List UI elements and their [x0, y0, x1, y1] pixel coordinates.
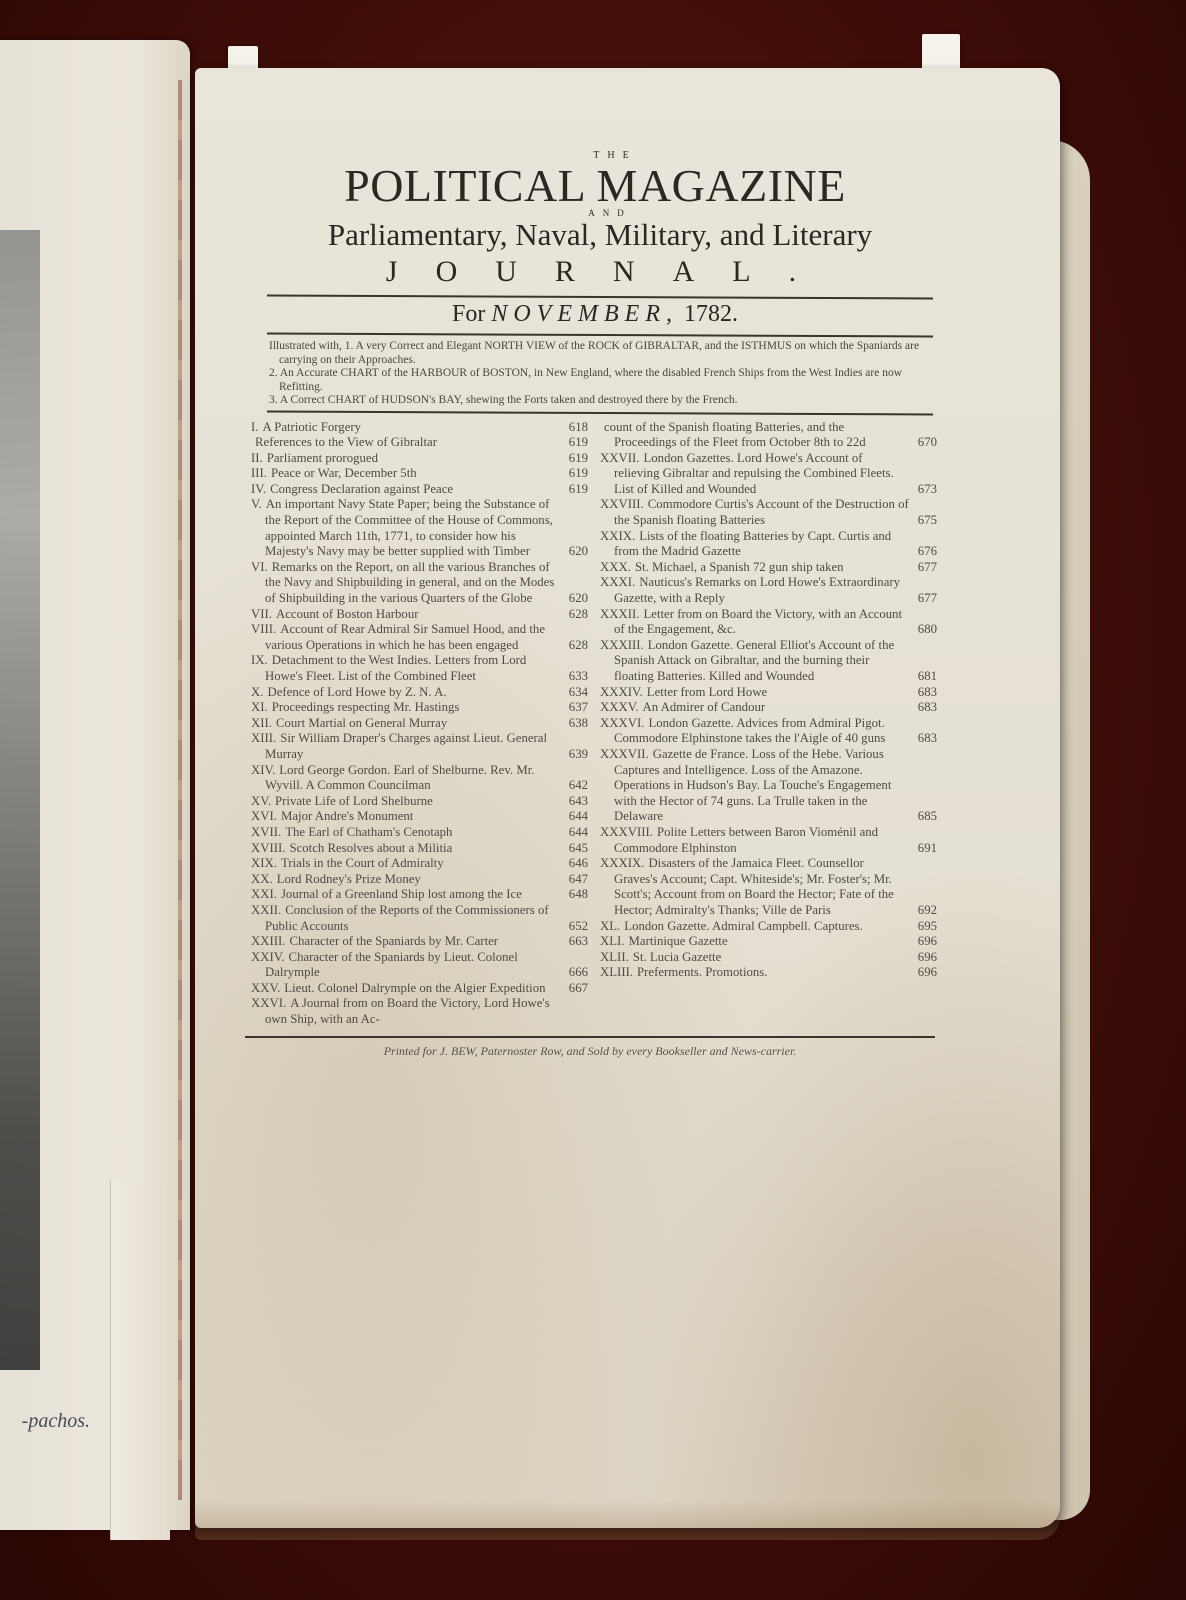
entry-number: XXXIII.	[600, 638, 644, 652]
entry-page-number: 620	[569, 591, 588, 607]
entry-page-number: 646	[569, 856, 588, 872]
entry-number: XL.	[600, 919, 620, 933]
contents-entry: XLII.St. Lucia Gazette696	[600, 950, 937, 966]
torn-gutter-strip	[110, 1180, 170, 1540]
entry-page-number: 673	[918, 482, 937, 498]
entry-title: An important Navy State Paper; being the…	[265, 497, 553, 558]
entry-title: Private Life of Lord Shelburne	[275, 794, 433, 808]
entry-title: Congress Declaration against Peace	[270, 482, 453, 496]
contents-entry: XX.Lord Rodney's Prize Money647	[251, 872, 588, 888]
entry-page-number: 670	[918, 435, 937, 451]
entry-number: XVII.	[251, 825, 281, 839]
entry-title: A Journal from on Board the Victory, Lor…	[265, 996, 550, 1026]
entry-number: XXXV.	[600, 700, 639, 714]
entry-title: Martinique Gazette	[629, 934, 728, 948]
entry-page-number: 618	[569, 420, 588, 436]
entry-number: I.	[251, 420, 258, 434]
contents-entry: XXI.Journal of a Greenland Ship lost amo…	[251, 887, 588, 903]
entry-page-number: 644	[569, 825, 588, 841]
entry-title: count of the Spanish floating Batteries,…	[604, 420, 866, 450]
entry-title: Conclusion of the Reports of the Commiss…	[265, 903, 549, 933]
entry-page-number: 685	[918, 809, 937, 825]
illustration-item: 2. An Accurate CHART of the HARBOUR of B…	[269, 367, 935, 394]
contents-entry: X.Defence of Lord Howe by Z. N. A.634	[251, 685, 588, 701]
entry-number: XX.	[251, 872, 273, 886]
contents-entry: VI.Remarks on the Report, on all the var…	[251, 560, 588, 607]
entry-page-number: 683	[918, 700, 937, 716]
entry-number: XII.	[251, 716, 272, 730]
entry-title: Peace or War, December 5th	[271, 466, 417, 480]
contents-entry: IV.Congress Declaration against Peace619	[251, 482, 588, 498]
contents-entry: XXX.St. Michael, a Spanish 72 gun ship t…	[600, 560, 937, 576]
entry-page-number: 696	[918, 965, 937, 981]
entry-number: XXV.	[251, 981, 280, 995]
contents-entry: VII.Account of Boston Harbour628	[251, 607, 588, 623]
contents-entry: XLIII.Preferments. Promotions.696	[600, 965, 937, 981]
page-bottom-stain	[195, 1500, 1060, 1540]
entry-title: Major Andre's Monument	[281, 809, 413, 823]
entry-page-number: 634	[569, 685, 588, 701]
contents-entry: V.An important Navy State Paper; being t…	[251, 497, 588, 559]
title-page-content: THE POLITICAL MAGAZINE AND Parliamentary…	[245, 150, 945, 1059]
entry-number: XXII.	[251, 903, 281, 917]
entry-title: Preferments. Promotions.	[637, 965, 767, 979]
entry-title: Detachment to the West Indies. Letters f…	[265, 653, 526, 683]
entry-title: Proceedings respecting Mr. Hastings	[272, 700, 460, 714]
entry-number: V.	[251, 497, 262, 511]
entry-title: Trials in the Court of Admiralty	[281, 856, 444, 870]
entry-title: The Earl of Chatham's Cenotaph	[285, 825, 452, 839]
entry-page-number: 619	[569, 435, 588, 451]
entry-title: St. Lucia Gazette	[633, 950, 721, 964]
entry-page-number: 638	[569, 716, 588, 732]
entry-number: XXXVI.	[600, 716, 644, 730]
entry-number: II.	[251, 451, 263, 465]
entry-page-number: 683	[918, 731, 937, 747]
entry-number: XXIV.	[251, 950, 285, 964]
entry-number: XXXIV.	[600, 685, 643, 699]
entry-number: XIII.	[251, 731, 276, 745]
entry-title: Remarks on the Report, on all the variou…	[265, 560, 554, 605]
entry-number: XXVI.	[251, 996, 286, 1010]
entry-title: London Gazettes. Lord Howe's Account of …	[614, 451, 894, 496]
contents-column-right: count of the Spanish floating Batteries,…	[600, 420, 937, 1028]
contents-entry: XXXVI.London Gazette. Advices from Admir…	[600, 716, 937, 747]
masthead-title: POLITICAL MAGAZINE	[245, 164, 945, 208]
contents-entry: XLI.Martinique Gazette696	[600, 934, 937, 950]
entry-page-number: 696	[918, 934, 937, 950]
entry-number: XVI.	[251, 809, 277, 823]
entry-page-number: 666	[569, 965, 588, 981]
entry-page-number: 644	[569, 809, 588, 825]
contents-entry: XXXIII.London Gazette. General Elliot's …	[600, 638, 937, 685]
contents-entry: XXIII.Character of the Spaniards by Mr. …	[251, 934, 588, 950]
contents-entry: XI.Proceedings respecting Mr. Hastings63…	[251, 700, 588, 716]
entry-title: Lieut. Colonel Dalrymple on the Algier E…	[284, 981, 545, 995]
entry-number: XXI.	[251, 887, 277, 901]
entry-title: London Gazette. General Elliot's Account…	[614, 638, 894, 683]
entry-page-number: 683	[918, 685, 937, 701]
illustration-item: 3. A Correct CHART of HUDSON's BAY, shew…	[269, 394, 935, 408]
issue-date: For NOVEMBER, 1782.	[245, 298, 945, 330]
contents-entry: XIV.Lord George Gordon. Earl of Shelburn…	[251, 763, 588, 794]
contents-entry: XVI.Major Andre's Monument644	[251, 809, 588, 825]
entry-number: III.	[251, 466, 267, 480]
contents-entry: III.Peace or War, December 5th619	[251, 466, 588, 482]
entry-number: X.	[251, 685, 263, 699]
entry-title: Letter from Lord Howe	[647, 685, 767, 699]
contents-entry: XXVII.London Gazettes. Lord Howe's Accou…	[600, 451, 937, 498]
plate-caption: -pachos.	[0, 1410, 90, 1433]
entry-page-number: 647	[569, 872, 588, 888]
masthead-subtitle: Parliamentary, Naval, Military, and Lite…	[255, 218, 945, 252]
entry-page-number: 695	[918, 919, 937, 935]
entry-title: Nauticus's Remarks on Lord Howe's Extrao…	[614, 575, 900, 605]
imprint-footer: Printed for J. BEW, Paternoster Row, and…	[245, 1036, 935, 1059]
entry-page-number: 628	[569, 607, 588, 623]
contents-entry: XXXVIII.Polite Letters between Baron Vio…	[600, 825, 937, 856]
contents-entry: XXXII.Letter from on Board the Victory, …	[600, 607, 937, 638]
entry-number: XLII.	[600, 950, 629, 964]
contents-column-left: I.A Patriotic Forgery618References to th…	[251, 420, 588, 1028]
contents-entry: XXVI.A Journal from on Board the Victory…	[251, 996, 588, 1027]
contents-entry: XXXVII.Gazette de France. Loss of the He…	[600, 747, 937, 825]
entry-number: XXVIII.	[600, 497, 644, 511]
entry-title: Court Martial on General Murray	[276, 716, 447, 730]
contents-entry: XXIX.Lists of the floating Batteries by …	[600, 529, 937, 560]
entry-number: IV.	[251, 482, 266, 496]
contents-entry: XL.London Gazette. Admiral Campbell. Cap…	[600, 919, 937, 935]
entry-title: Sir William Draper's Charges against Lie…	[265, 731, 547, 761]
entry-title: Character of the Spaniards by Mr. Carter	[289, 934, 498, 948]
entry-page-number: 639	[569, 747, 588, 763]
contents-entry: VIII.Account of Rear Admiral Sir Samuel …	[251, 622, 588, 653]
entry-title: Lists of the floating Batteries by Capt.…	[614, 529, 891, 559]
entry-page-number: 667	[569, 981, 588, 997]
contents-rule	[267, 410, 933, 415]
entry-page-number: 643	[569, 794, 588, 810]
entry-title: A Patriotic Forgery	[262, 420, 361, 434]
table-of-contents: I.A Patriotic Forgery618References to th…	[251, 420, 937, 1028]
entry-title: Character of the Spaniards by Lieut. Col…	[265, 950, 518, 980]
entry-title: Disasters of the Jamaica Fleet. Counsell…	[614, 856, 894, 917]
entry-title: London Gazette. Admiral Campbell. Captur…	[624, 919, 862, 933]
entry-title: Parliament prorogued	[267, 451, 378, 465]
contents-entry: XXXIV.Letter from Lord Howe683	[600, 685, 937, 701]
entry-page-number: 619	[569, 466, 588, 482]
entry-page-number: 628	[569, 638, 588, 654]
contents-entry: I.A Patriotic Forgery618	[251, 420, 588, 436]
issue-date-year: 1782.	[684, 301, 738, 327]
entry-page-number: 663	[569, 934, 588, 950]
entry-title: Journal of a Greenland Ship lost among t…	[281, 887, 522, 901]
entry-title: Defence of Lord Howe by Z. N. A.	[267, 685, 446, 699]
contents-entry: XII.Court Martial on General Murray638	[251, 716, 588, 732]
entry-page-number: 681	[918, 669, 937, 685]
contents-entry: IX.Detachment to the West Indies. Letter…	[251, 653, 588, 684]
entry-title: References to the View of Gibraltar	[255, 435, 437, 449]
entry-number: XXXVII.	[600, 747, 649, 761]
entry-page-number: 691	[918, 841, 937, 857]
entry-number: XXXII.	[600, 607, 639, 621]
entry-title: An Admirer of Candour	[643, 700, 766, 714]
entry-page-number: 652	[569, 919, 588, 935]
contents-entry: XXIV.Character of the Spaniards by Lieut…	[251, 950, 588, 981]
entry-page-number: 696	[918, 950, 937, 966]
contents-entry: XV.Private Life of Lord Shelburne643	[251, 794, 588, 810]
entry-page-number: 675	[918, 513, 937, 529]
entry-number: XI.	[251, 700, 268, 714]
entry-title: London Gazette. Advices from Admiral Pig…	[614, 716, 885, 746]
contents-entry: II.Parliament prorogued619	[251, 451, 588, 467]
entry-number: XXXI.	[600, 575, 635, 589]
entry-title: Lord Rodney's Prize Money	[277, 872, 421, 886]
contents-entry: XIX.Trials in the Court of Admiralty646	[251, 856, 588, 872]
masthead-journal: JOURNAL.	[275, 252, 945, 292]
entry-number: XXVII.	[600, 451, 639, 465]
entry-title: Commodore Curtis's Account of the Destru…	[614, 497, 909, 527]
entry-title: Letter from on Board the Victory, with a…	[614, 607, 902, 637]
entry-page-number: 645	[569, 841, 588, 857]
entry-title: Account of Rear Admiral Sir Samuel Hood,…	[265, 622, 545, 652]
entry-number: VII.	[251, 607, 272, 621]
entry-number: IX.	[251, 653, 268, 667]
contents-entry: XXII.Conclusion of the Reports of the Co…	[251, 903, 588, 934]
entry-number: XVIII.	[251, 841, 285, 855]
entry-number: XXIX.	[600, 529, 635, 543]
entry-page-number: 677	[918, 560, 937, 576]
engraved-plate-image	[0, 230, 40, 1370]
illustrations-list: Illustrated with, 1. A very Correct and …	[269, 340, 935, 408]
contents-entry: XXXV.An Admirer of Candour683	[600, 700, 937, 716]
entry-title: Account of Boston Harbour	[276, 607, 419, 621]
entry-number: XIV.	[251, 763, 275, 777]
entry-page-number: 677	[918, 591, 937, 607]
illustration-item: Illustrated with, 1. A very Correct and …	[269, 340, 935, 367]
entry-page-number: 620	[569, 544, 588, 560]
contents-entry: XVIII.Scotch Resolves about a Militia645	[251, 841, 588, 857]
entry-number: XXX.	[600, 560, 631, 574]
entry-number: XXIII.	[251, 934, 285, 948]
entry-page-number: 676	[918, 544, 937, 560]
contents-entry: XVII.The Earl of Chatham's Cenotaph644	[251, 825, 588, 841]
entry-number: VI.	[251, 560, 268, 574]
entry-title: Polite Letters between Baron Vioménil an…	[614, 825, 878, 855]
entry-page-number: 648	[569, 887, 588, 903]
issue-date-prefix: For	[452, 301, 485, 327]
issue-date-month: NOVEMBER,	[491, 301, 678, 327]
entry-page-number: 619	[569, 482, 588, 498]
contents-entry: count of the Spanish floating Batteries,…	[600, 420, 937, 451]
entry-page-number: 637	[569, 700, 588, 716]
entry-number: XV.	[251, 794, 271, 808]
entry-page-number: 633	[569, 669, 588, 685]
entry-number: XXXVIII.	[600, 825, 653, 839]
entry-title: Lord George Gordon. Earl of Shelburne. R…	[265, 763, 534, 793]
date-rule	[267, 333, 933, 338]
contents-entry: XXXIX.Disasters of the Jamaica Fleet. Co…	[600, 856, 937, 918]
entry-number: XLI.	[600, 934, 625, 948]
binding-stitch	[178, 80, 182, 1500]
contents-entry: XXVIII.Commodore Curtis's Account of the…	[600, 497, 937, 528]
entry-title: Gazette de France. Loss of the Hebe. Var…	[614, 747, 891, 823]
entry-page-number: 619	[569, 451, 588, 467]
contents-entry: XIII.Sir William Draper's Charges agains…	[251, 731, 588, 762]
entry-number: VIII.	[251, 622, 276, 636]
entry-title: St. Michael, a Spanish 72 gun ship taken	[635, 560, 844, 574]
contents-entry: XXXI.Nauticus's Remarks on Lord Howe's E…	[600, 575, 937, 606]
entry-number: XIX.	[251, 856, 277, 870]
contents-entry: XXV.Lieut. Colonel Dalrymple on the Algi…	[251, 981, 588, 997]
entry-page-number: 642	[569, 778, 588, 794]
contents-entry: References to the View of Gibraltar619	[251, 435, 588, 451]
entry-page-number: 692	[918, 903, 937, 919]
entry-title: Scotch Resolves about a Militia	[289, 841, 452, 855]
entry-number: XLIII.	[600, 965, 633, 979]
entry-page-number: 680	[918, 622, 937, 638]
entry-number: XXXIX.	[600, 856, 644, 870]
